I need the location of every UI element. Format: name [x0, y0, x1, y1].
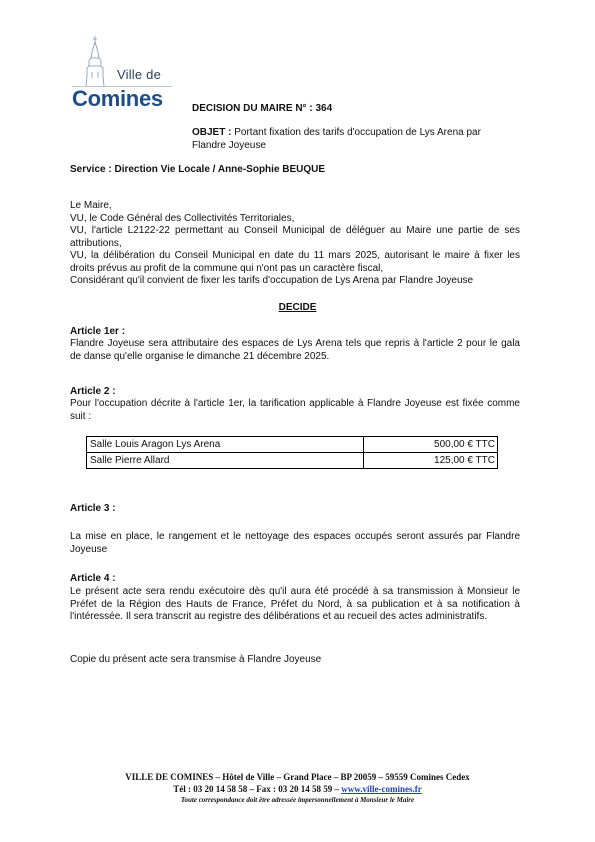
tarifs-table: Salle Louis Aragon Lys Arena 500,00 € TT… [86, 436, 498, 469]
preamble-line: VU, le Code Général des Collectivités Te… [70, 213, 520, 226]
article-2-heading: Article 2 : [70, 386, 116, 399]
copie-line: Copie du présent acte sera transmise à F… [70, 654, 321, 667]
salle-cell: Salle Pierre Allard [87, 453, 364, 469]
article-4-body: Le présent acte sera rendu exécutoire dè… [70, 586, 520, 624]
footer-contact: Tél : 03 20 14 58 58 – Fax : 03 20 14 58… [0, 784, 595, 794]
article-4-heading: Article 4 : [70, 573, 116, 586]
ville-de-comines-logo: Ville de Comines [72, 36, 182, 108]
decision-objet: OBJET : Portant fixation des tarifs d'oc… [192, 127, 512, 152]
article-3-heading: Article 3 : [70, 503, 116, 516]
prix-cell: 125,00 € TTC [364, 453, 498, 469]
preamble: Le Maire, VU, le Code Général des Collec… [70, 200, 520, 288]
salle-cell: Salle Louis Aragon Lys Arena [87, 437, 364, 453]
objet-text: Portant fixation des tarifs d'occupation… [192, 127, 481, 151]
preamble-line: VU, l'article L2122-22 permettant au Con… [70, 225, 520, 250]
article-3-body: La mise en place, le rangement et le net… [70, 531, 520, 556]
prix-cell: 500,00 € TTC [364, 437, 498, 453]
preamble-line: Considérant qu'il convient de fixer les … [70, 275, 520, 288]
decision-title: DECISION DU MAIRE N° : 364 [192, 103, 332, 116]
objet-label: OBJET : [192, 127, 231, 138]
article-1-heading: Article 1er : [70, 326, 125, 339]
decide-heading: DECIDE [0, 302, 595, 315]
footer-address: VILLE DE COMINES – Hôtel de Ville – Gran… [0, 772, 595, 782]
footer-phone-fax: Tél : 03 20 14 58 58 – Fax : 03 20 14 58… [173, 784, 341, 794]
preamble-line: VU, la délibération du Conseil Municipal… [70, 250, 520, 275]
preamble-line: Le Maire, [70, 200, 520, 213]
footer-notice: Toute correspondance doit être adressée … [0, 796, 595, 804]
article-1-body: Flandre Joyeuse sera attributaire des es… [70, 338, 520, 363]
church-steeple-icon [82, 36, 116, 86]
logo-text-comines: Comines [72, 86, 163, 112]
article-2-body: Pour l'occupation décrite à l'article 1e… [70, 398, 520, 423]
service-line: Service : Direction Vie Locale / Anne-So… [70, 164, 325, 177]
table-row: Salle Pierre Allard 125,00 € TTC [87, 453, 498, 469]
document-page: Ville de Comines DECISION DU MAIRE N° : … [0, 0, 595, 842]
table-row: Salle Louis Aragon Lys Arena 500,00 € TT… [87, 437, 498, 453]
website-link[interactable]: www.ville-comines.fr [341, 784, 421, 794]
logo-text-ville-de: Ville de [117, 67, 161, 82]
